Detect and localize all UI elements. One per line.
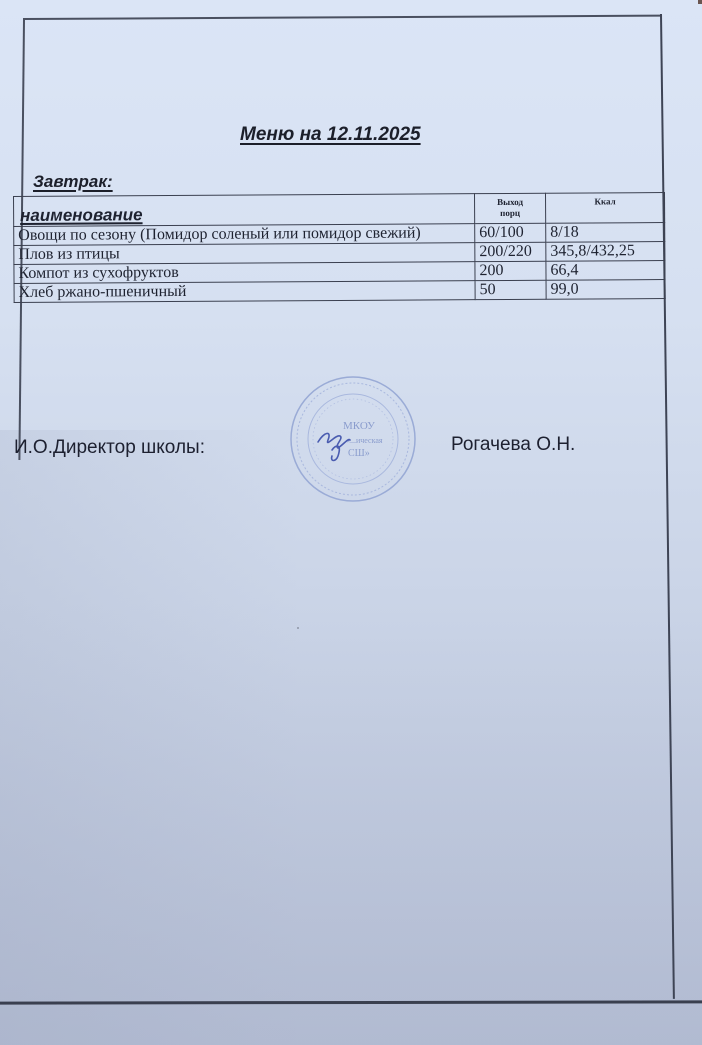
dish-portion: 50 (475, 280, 546, 299)
dish-portion: 60/100 (475, 223, 546, 242)
dish-portion: 200/220 (475, 242, 546, 261)
paper-speck (297, 627, 299, 629)
dish-kcal: 99,0 (546, 280, 665, 300)
column-header-kcal: Ккал (545, 193, 664, 224)
meal-heading: Завтрак: (33, 172, 113, 192)
corner-mark (698, 0, 702, 4)
dish-kcal: 345,8/432,25 (546, 242, 665, 262)
svg-text:«...ическая: «...ическая (346, 436, 383, 445)
dish-kcal: 66,4 (546, 261, 665, 281)
menu-table: наименование Выход порц Ккал Овощи по се… (13, 192, 666, 303)
photo-shadow-bottom (0, 600, 702, 1045)
dish-portion: 200 (475, 261, 546, 280)
dish-name: Овощи по сезону (Помидор соленый или пом… (14, 224, 475, 246)
signature-label: И.О.Директор школы: (14, 437, 205, 459)
director-name: Рогачева О.Н. (451, 434, 575, 456)
page-border-right (660, 14, 675, 999)
svg-text:СШ»: СШ» (348, 448, 370, 459)
table-header-row: наименование Выход порц Ккал (14, 193, 665, 227)
dish-kcal: 8/18 (546, 223, 665, 243)
column-header-portion: Выход порц (474, 193, 545, 223)
document-title: Меню на 12.11.2025 (240, 124, 421, 146)
page-edge-line (0, 1000, 702, 1004)
table-row: Хлеб ржано-пшеничный 50 99,0 (14, 280, 665, 303)
page-border-top (23, 15, 661, 20)
column-header-name: наименование (14, 194, 475, 227)
official-stamp-icon: МКОУ «...ическая СШ» (288, 374, 418, 504)
svg-text:МКОУ: МКОУ (343, 420, 375, 432)
portion-header-line1: Выход (479, 197, 541, 208)
dish-name: Хлеб ржано-пшеничный (14, 281, 475, 303)
portion-header-line2: порц (479, 208, 541, 219)
photo-shadow (0, 430, 300, 1045)
